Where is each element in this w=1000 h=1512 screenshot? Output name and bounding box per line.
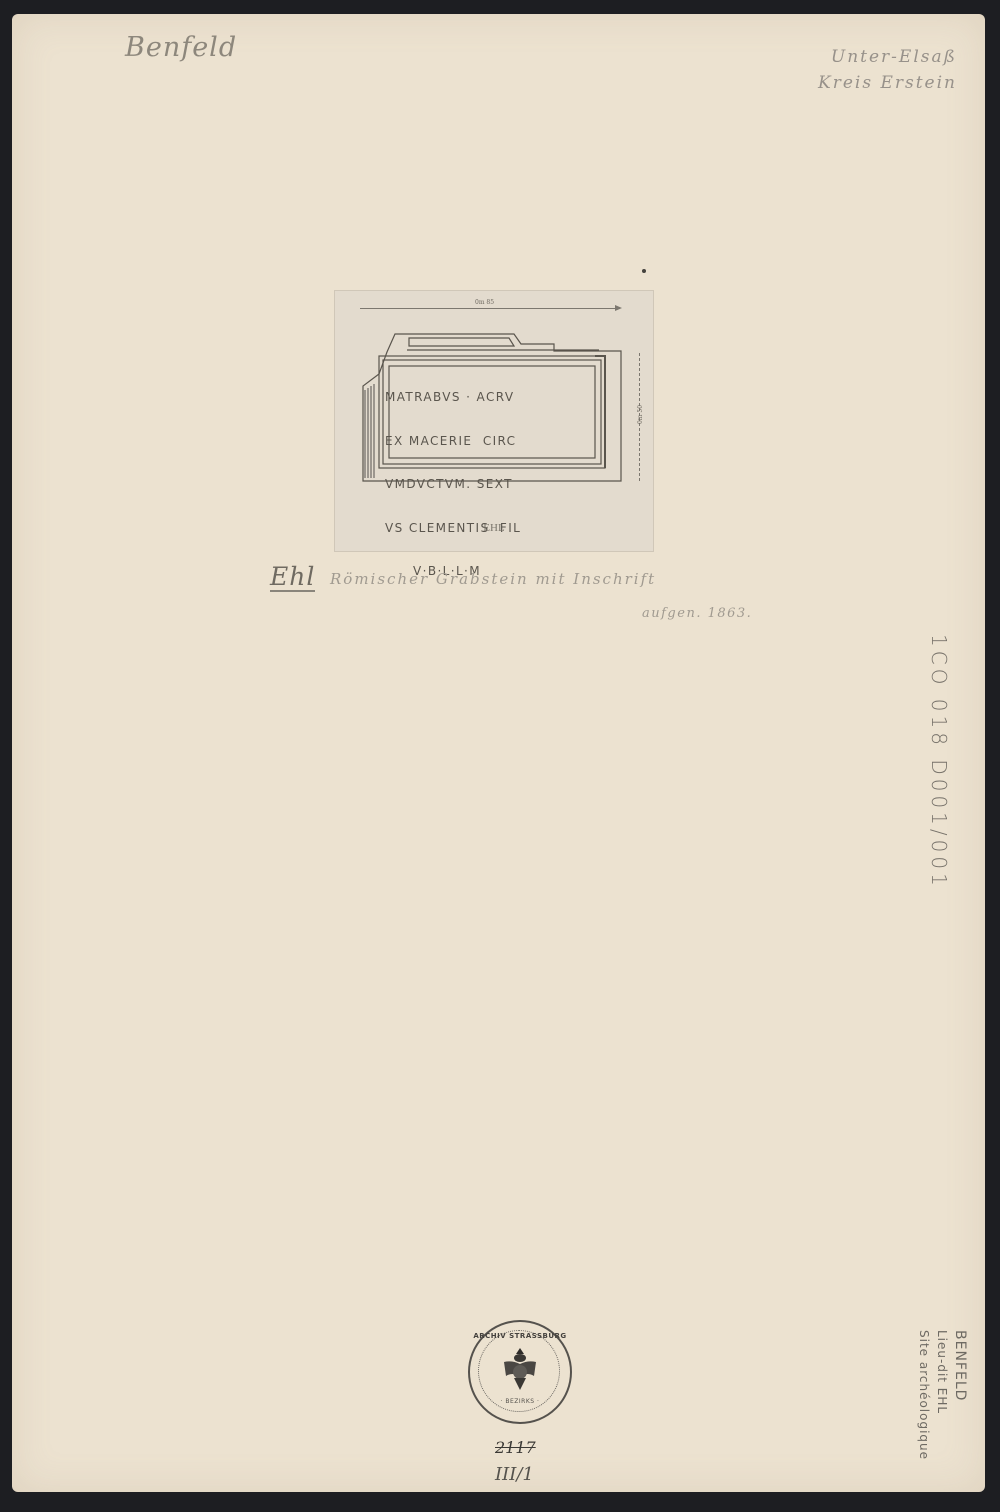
region-annotation: Unter-Elsaß Kreis Erstein [818,44,957,96]
region-line-1: Unter-Elsaß [818,44,957,70]
eagle-emblem-icon [500,1346,540,1392]
caption-title: Ehl [270,564,315,592]
inscription-line: VMDVCTVM. SEXT [385,477,575,492]
location-annotation: Benfeld [125,32,237,63]
ink-speck [642,269,646,273]
mounted-photograph: 0m 85 0m 50 MATRABVS · ACRV EX MACE [334,290,654,552]
height-dimension-label: 0m 50 [637,405,644,424]
region-line-2: Kreis Erstein [818,70,957,96]
side-note-line-1: BENFELD [951,1330,969,1460]
caption-description: Römischer Grabstein mit Inschrift [330,570,656,588]
shelf-mark: III/1 [495,1464,534,1485]
width-dimension-label: 0m 85 [475,299,494,306]
side-note-line-2: Lieu-dit EHL [933,1330,951,1460]
struck-through-number: 2117 [495,1438,536,1457]
stamp-text-top: ARCHIV STRASSBURG [470,1332,570,1340]
inscription-line: MATRABVS · ACRV [385,390,575,405]
side-note: BENFELD Lieu-dit EHL Site archéologique [915,1330,969,1460]
call-number: 1CO 018 D001/001 [927,634,951,890]
inscription-line: EX MACERIE CIRC [385,434,575,449]
side-note-line-3: Site archéologique [915,1330,933,1460]
caption-date: aufgen. 1863. [642,606,752,621]
archive-stamp: ARCHIV STRASSBURG · BEZIRKS · [468,1320,572,1424]
plate-label: EHL [335,522,653,534]
mount-card: Benfeld Unter-Elsaß Kreis Erstein 0m 85 … [12,14,985,1492]
width-dimension-line [360,308,620,309]
stamp-text-bottom: · BEZIRKS · [470,1398,570,1405]
